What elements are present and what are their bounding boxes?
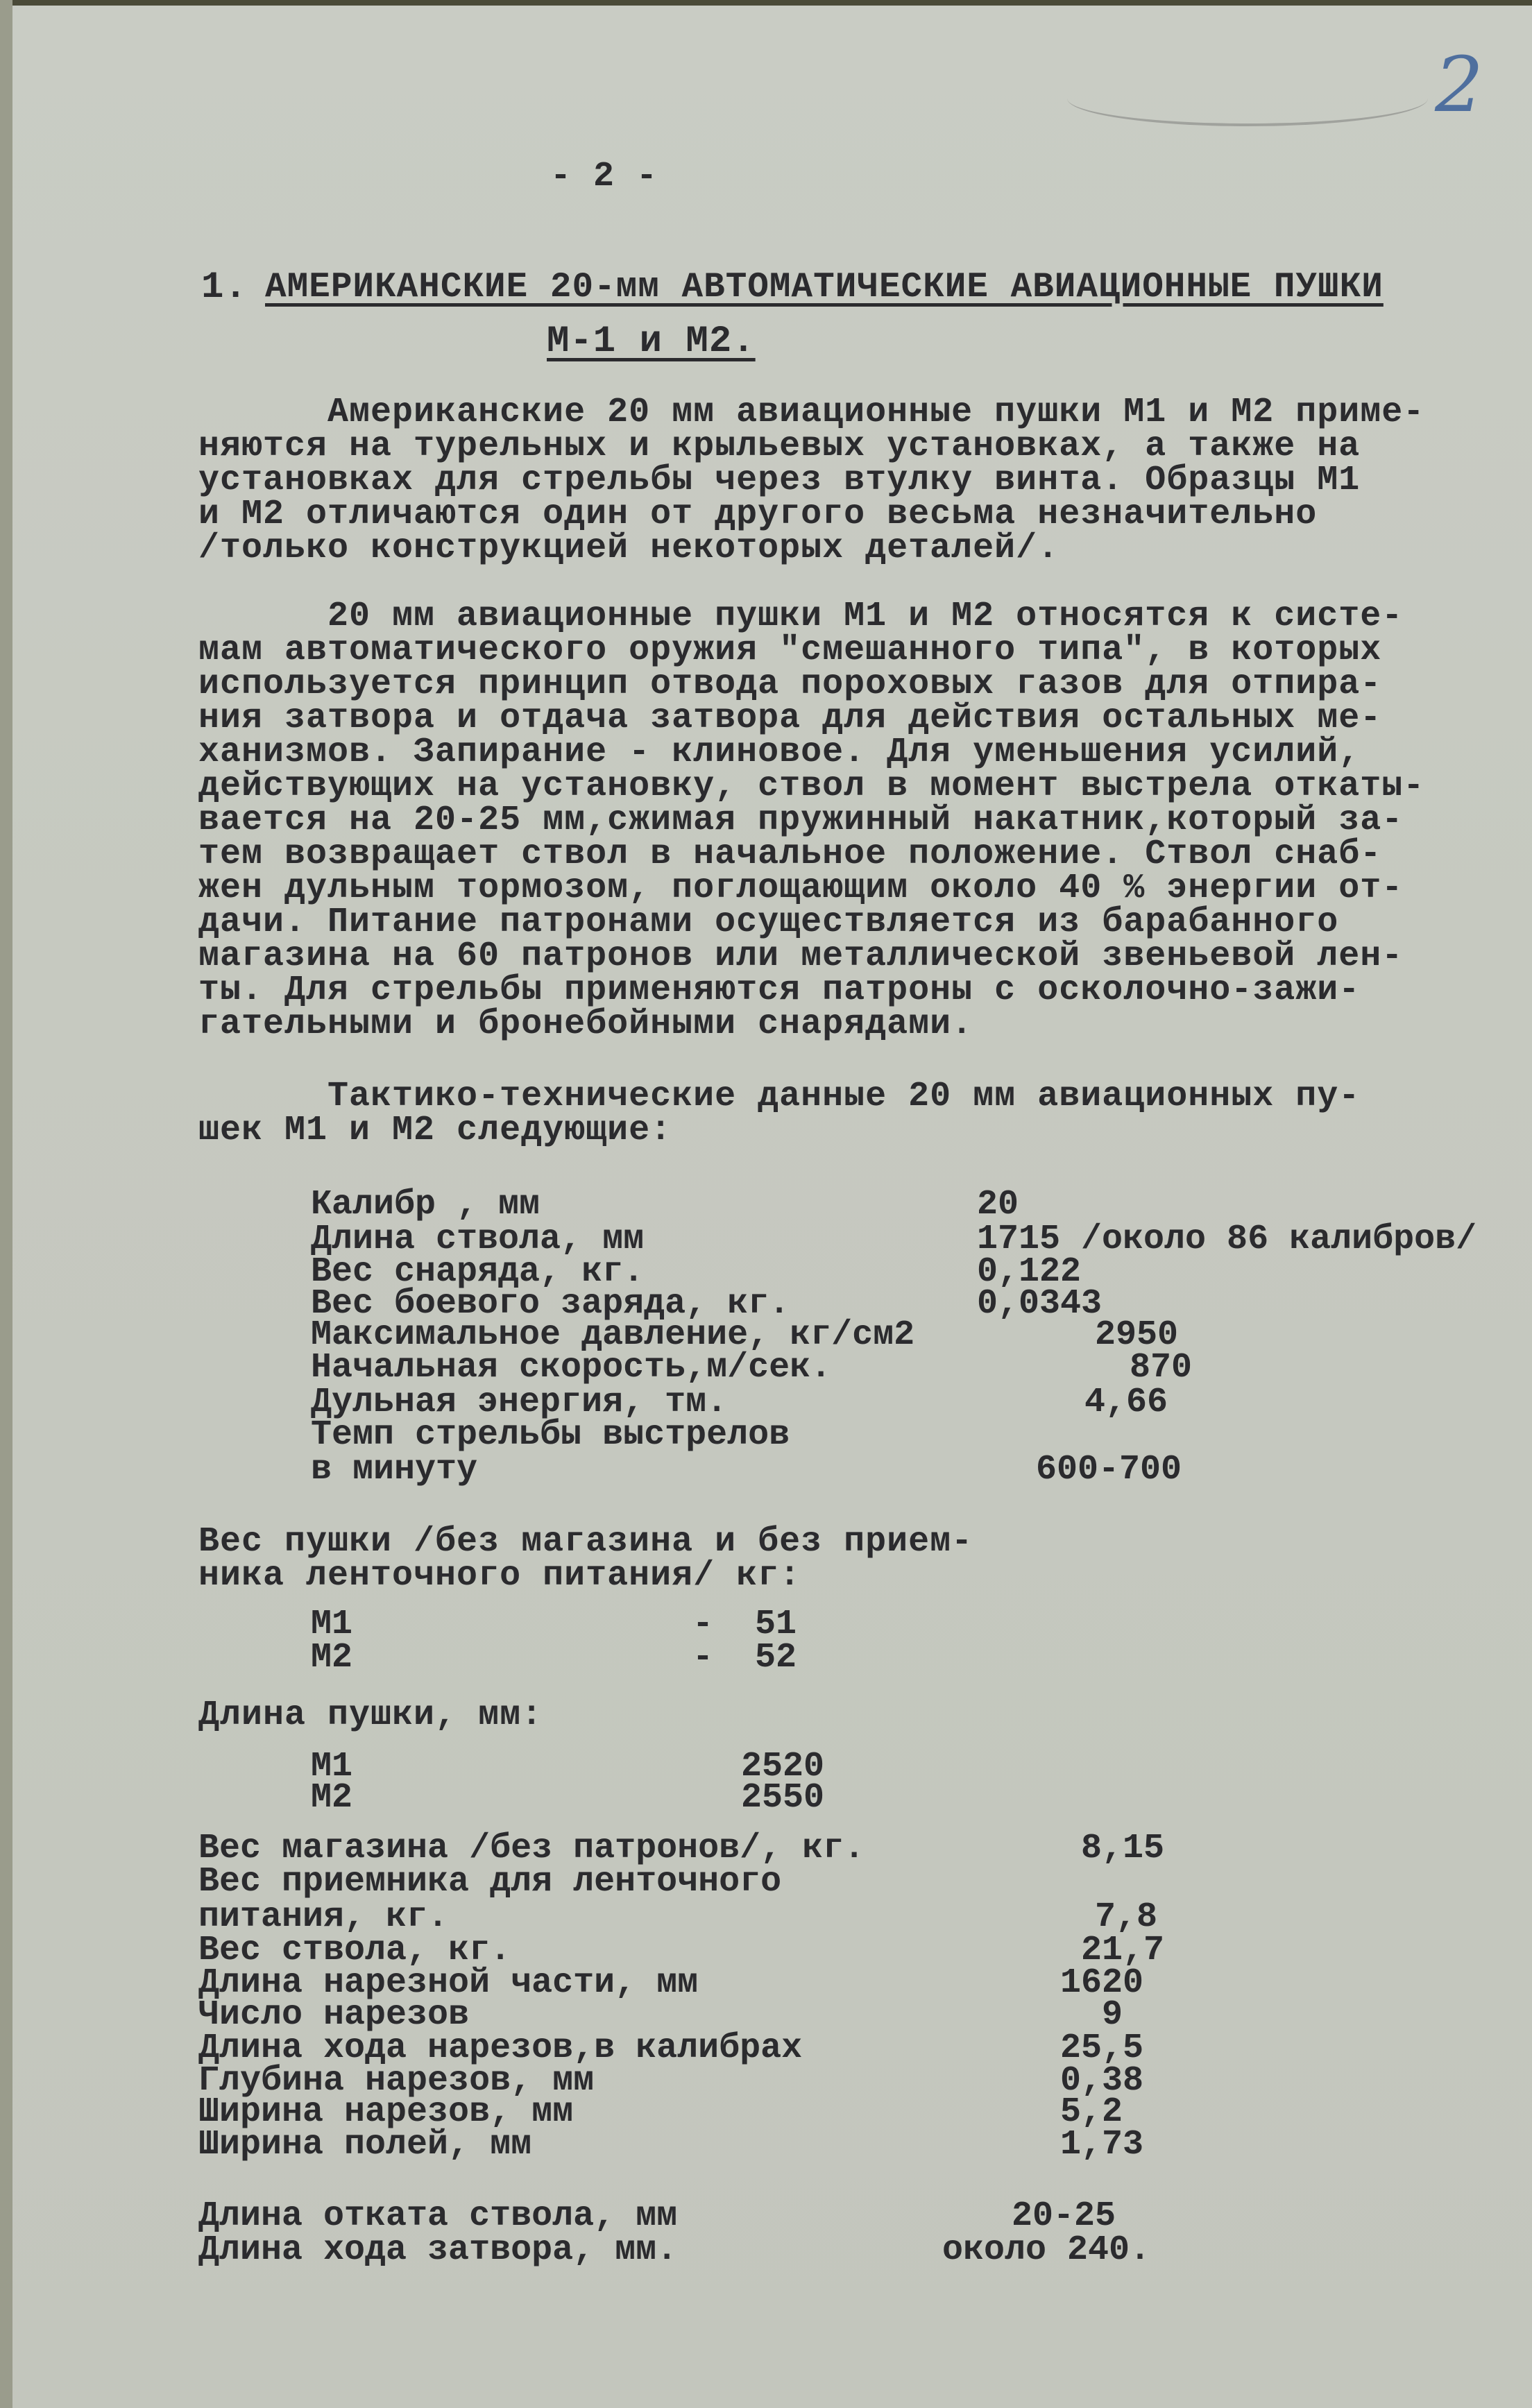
gun-weight-row-label: М2 <box>311 1638 352 1677</box>
handwritten-page-number: 2 <box>1435 40 1483 129</box>
paragraph-3: Тактико-технические данные 20 мм авиацио… <box>198 1079 1360 1147</box>
gun-length-heading: Длина пушки, мм: <box>198 1698 543 1732</box>
spec-row-label: Темп стрельбы выстрелов <box>311 1415 790 1455</box>
document-page: 2 - 2 - 1. АМЕРИКАНСКИЕ 20-мм АВТОМАТИЧЕ… <box>12 6 1532 2408</box>
section-title-line1: АМЕРИКАНСКИЕ 20-мм АВТОМАТИЧЕСКИЕ АВИАЦИ… <box>265 271 1384 305</box>
spec-row-label: Калибр , мм <box>311 1185 540 1224</box>
paragraph-1: Американские 20 мм авиационные пушки М1 … <box>198 395 1424 565</box>
spec-row-label: в минуту <box>311 1450 477 1489</box>
spec-row-label: Ширина полей, мм <box>198 2125 531 2164</box>
spec-row-label: Длина хода затвора, мм. <box>198 2230 677 2270</box>
spec-row-label: Начальная скорость,м/сек. <box>311 1348 831 1387</box>
spec-row-value: 600-700 <box>1036 1450 1182 1489</box>
gun-length-row-value: 2550 <box>741 1778 824 1818</box>
spec-row-value: 0,0343 <box>977 1284 1102 1324</box>
gun-weight-heading: Вес пушки /без магазина и без прием- ник… <box>198 1525 973 1593</box>
gun-length-row-label: М2 <box>311 1778 352 1818</box>
page-marker: - 2 - <box>550 160 658 194</box>
scan-top-edge <box>0 0 1532 6</box>
section-title-line2: М-1 и М2. <box>547 325 756 359</box>
pencil-stroke <box>1067 96 1428 126</box>
spec-row-value: 1,73 <box>1060 2125 1143 2164</box>
spec-row-value: 8,15 <box>1081 1829 1164 1868</box>
spec-row-value: 4,66 <box>1084 1383 1168 1422</box>
spec-row-value: 870 <box>1130 1348 1192 1387</box>
scan-left-edge <box>0 0 12 2408</box>
gun-weight-row-value: - 52 <box>692 1638 797 1677</box>
spec-row-label: Вес приемника для ленточного <box>198 1862 781 1902</box>
section-number: 1. <box>201 271 248 305</box>
paragraph-2: 20 мм авиационные пушки М1 и М2 относятс… <box>198 599 1424 1041</box>
spec-row-value: 20 <box>977 1185 1019 1224</box>
spec-row-value: около 240. <box>942 2230 1150 2270</box>
